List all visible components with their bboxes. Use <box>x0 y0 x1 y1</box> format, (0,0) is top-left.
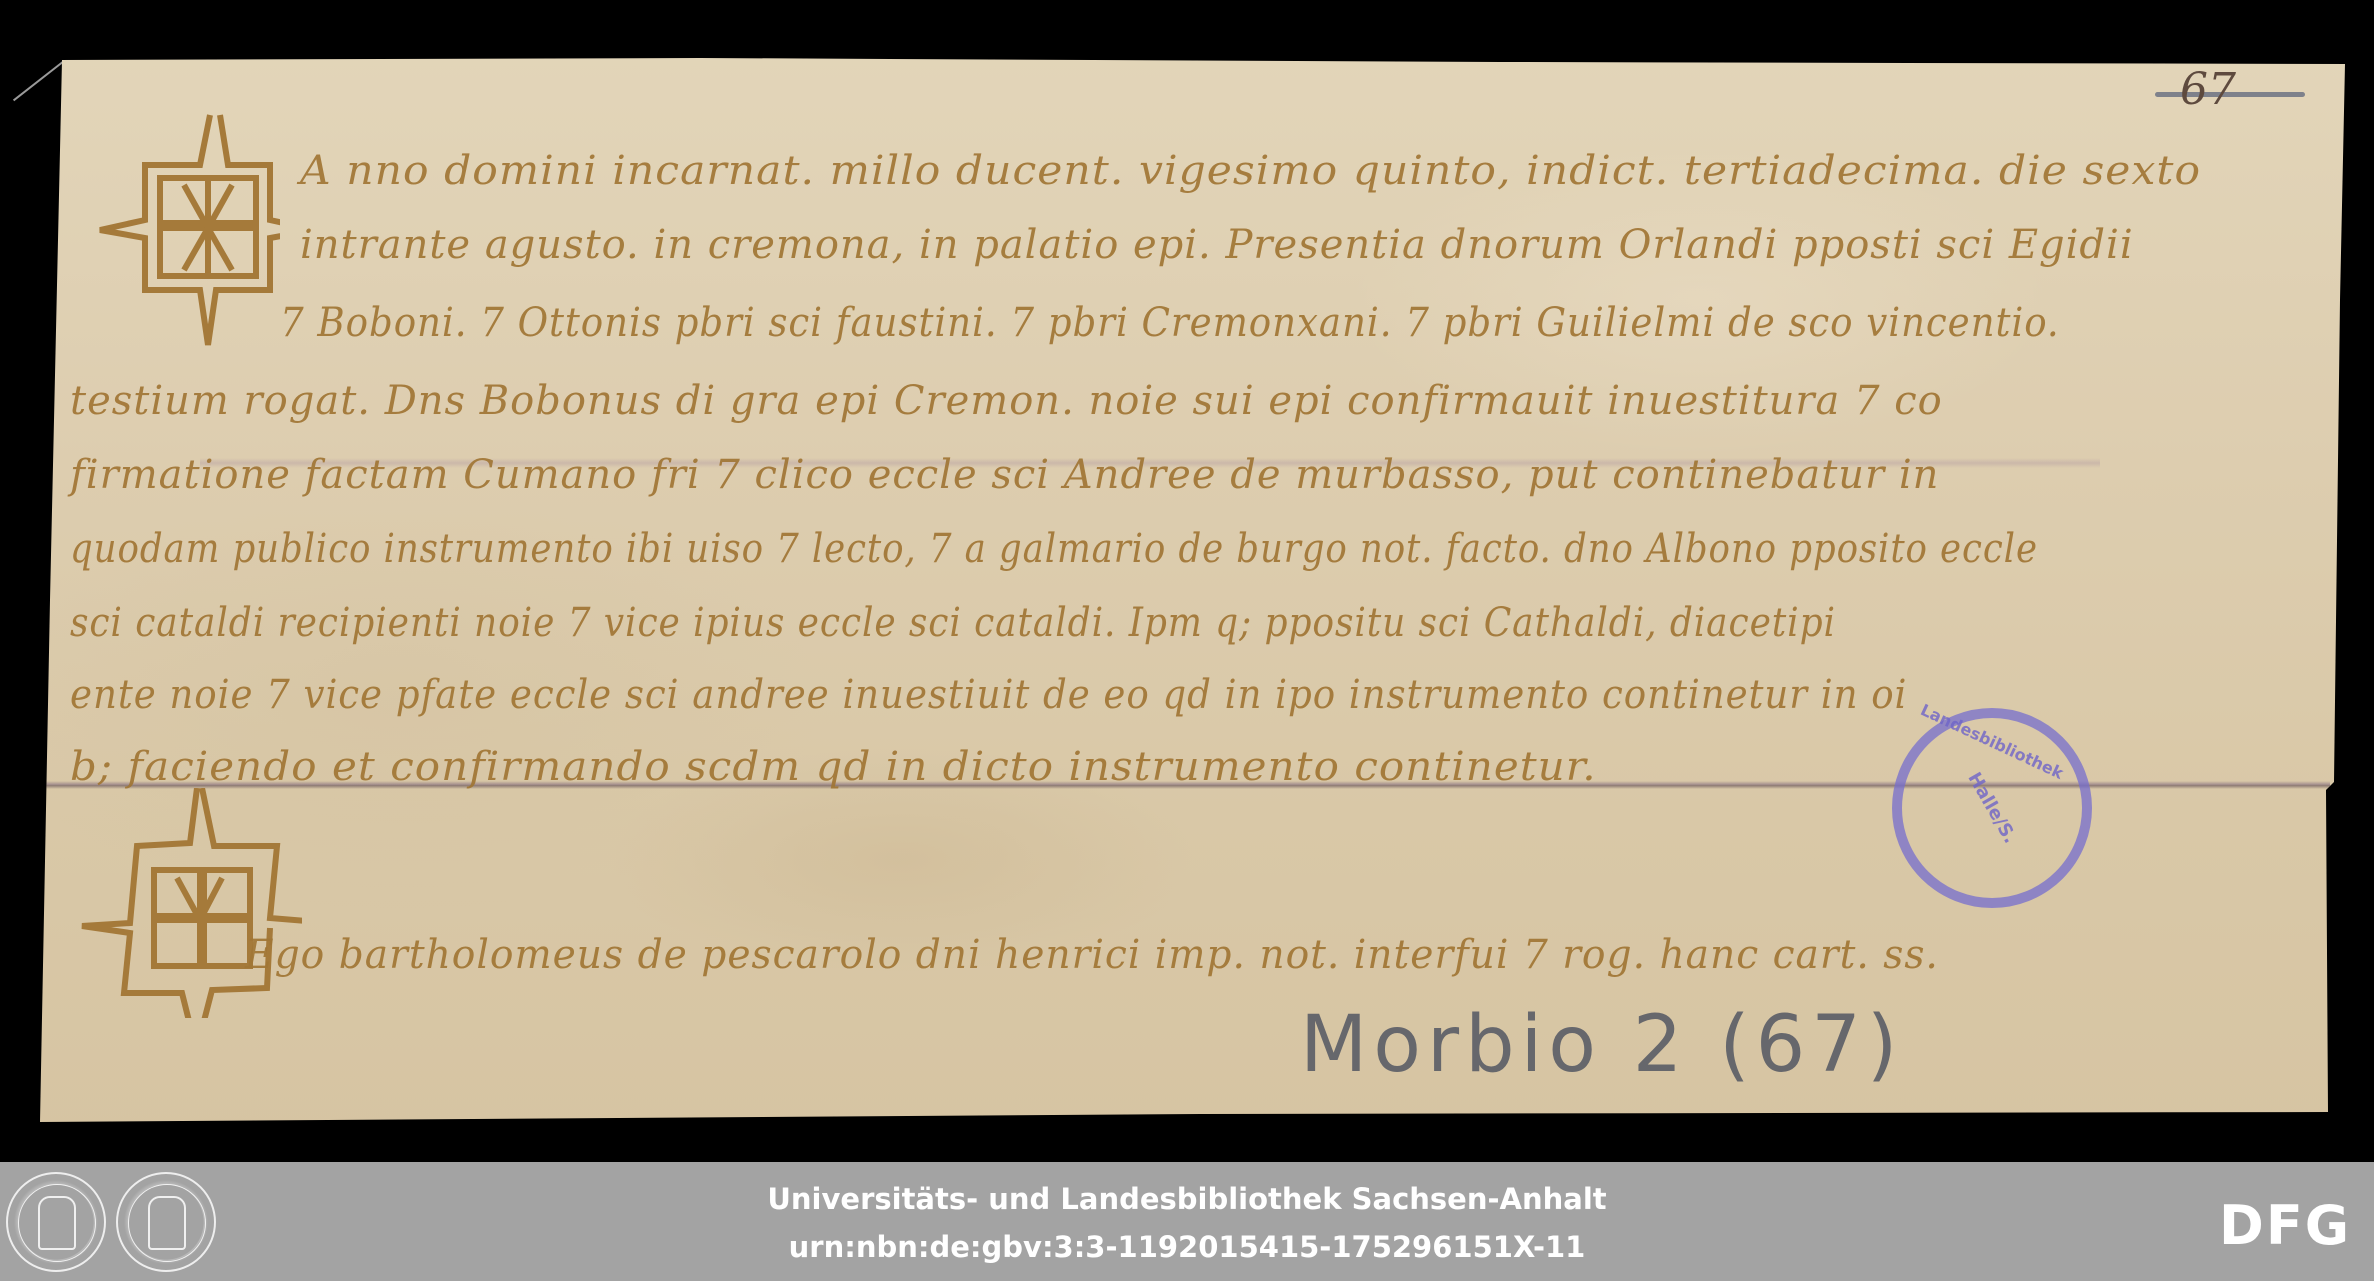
parchment-charter: A nno domini incarnat. millo ducent. vig… <box>0 0 2374 1162</box>
charter-line-4: testium rogat. Dns Bobonus di gra epi Cr… <box>70 378 1943 424</box>
charter-line-7: sci cataldi recipienti noie 7 vice ipius… <box>70 600 1836 646</box>
image-viewer: A nno domini incarnat. millo ducent. vig… <box>0 0 2374 1162</box>
notary-signum-icon <box>80 110 280 350</box>
notary-signum-bottom-icon <box>42 788 302 1018</box>
charter-line-5: firmatione factam Cumano fri 7 clico ecc… <box>70 452 1939 498</box>
notary-subscription-line: Ego bartholomeus de pescarolo dni henric… <box>245 932 1939 978</box>
folio-number: 67 <box>2180 64 2236 115</box>
dfg-logo: DFG <box>2219 1199 2351 1253</box>
charter-line-2: intrante agusto. in cremona, in palatio … <box>300 222 2134 268</box>
stamp-center-text: Halle/S. <box>1963 769 2020 847</box>
charter-line-3: 7 Boboni. 7 Ottonis pbri sci faustini. 7… <box>280 300 2060 346</box>
charter-line-9: b; faciendo et confirmando scdm qd in di… <box>70 744 1597 790</box>
stamp-ring-text: Landesbibliothek <box>1918 700 2067 783</box>
charter-line-6: quodam publico instrumento ibi uiso 7 le… <box>70 526 2038 572</box>
charter-line-1: A nno domini incarnat. millo ducent. vig… <box>300 148 2201 194</box>
urn-identifier: urn:nbn:de:gbv:3:3-1192015415-175296151X… <box>0 1230 2374 1264</box>
charter-line-8: ente noie 7 vice pfate eccle sci andree … <box>70 672 1907 718</box>
pencil-shelfmark: Morbio 2 (67) <box>1300 1000 1903 1090</box>
library-footer: Universitäts- und Landesbibliothek Sachs… <box>0 1162 2374 1281</box>
library-stamp: Landesbibliothek Halle/S. <box>1892 708 2092 908</box>
scan-fold-marker <box>13 60 65 101</box>
institution-name: Universitäts- und Landesbibliothek Sachs… <box>0 1182 2374 1216</box>
